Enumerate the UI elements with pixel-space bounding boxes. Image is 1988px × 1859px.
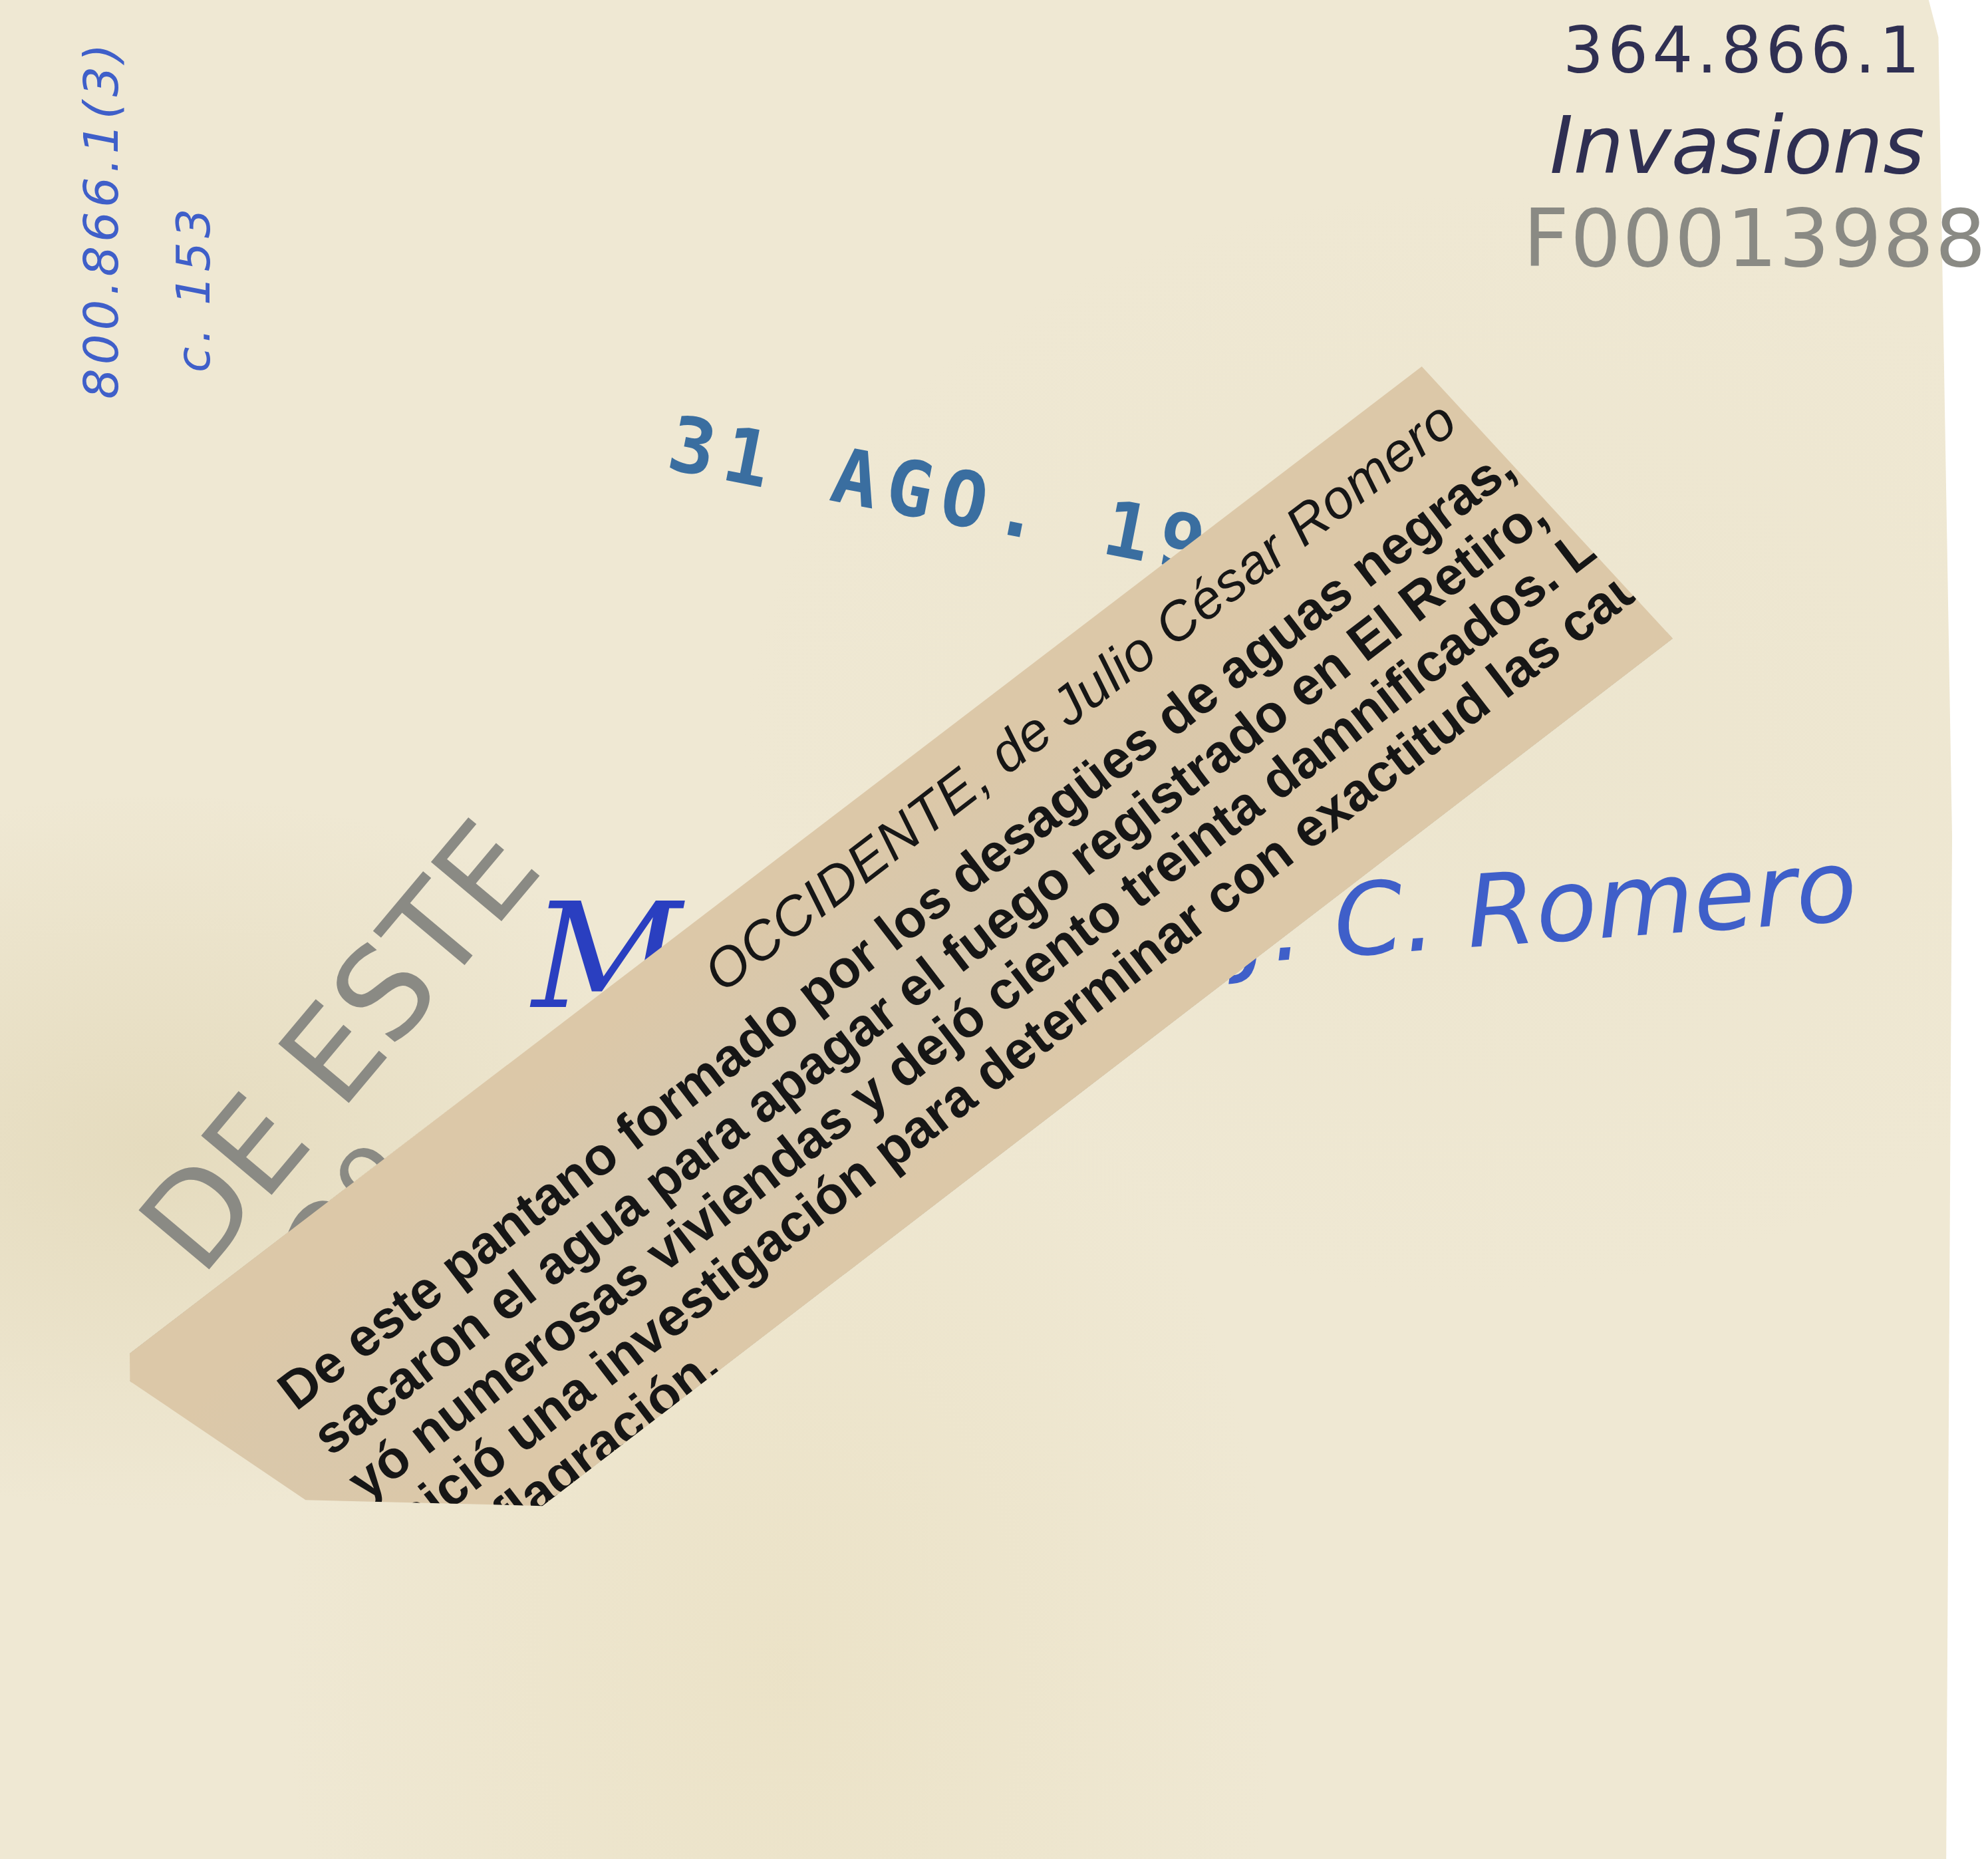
catalog-reference-left: 800.866.1(3) xyxy=(73,40,129,399)
catalog-copy-number: c. 153 xyxy=(166,204,221,372)
archive-code: F00013988 xyxy=(1523,193,1987,285)
subject-note: Invasions xyxy=(1550,100,1925,192)
catalog-reference-top-right: 364.866.1 xyxy=(1563,13,1924,88)
